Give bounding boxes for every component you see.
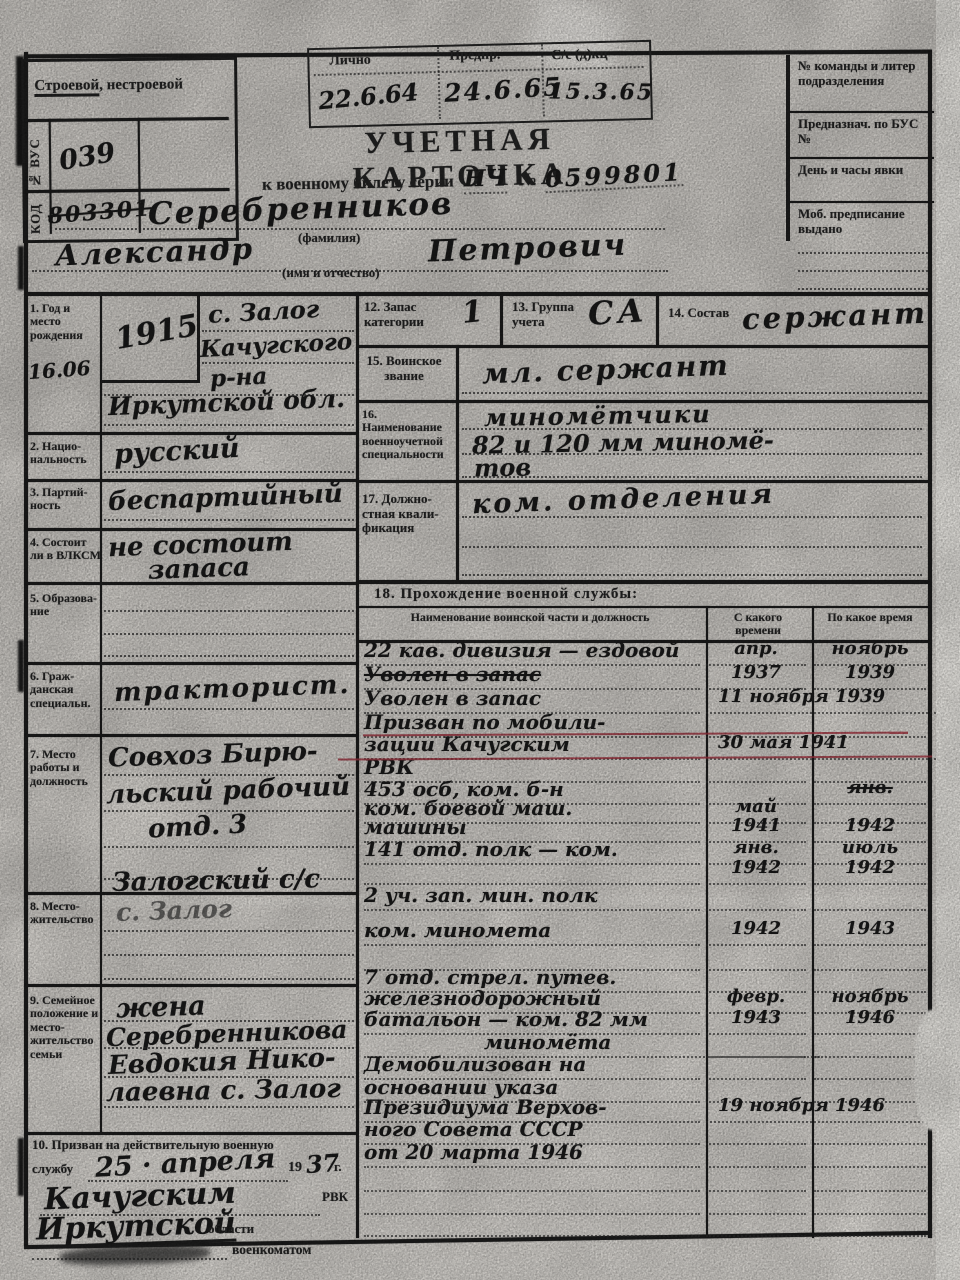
combat-category-underlined: Строевой: [34, 77, 99, 97]
field-label: 13. Группа учета: [512, 300, 578, 329]
surname-caption: (фамилия): [298, 231, 360, 246]
service-col2-header: С какого времени: [712, 611, 804, 638]
value-line: [462, 546, 922, 548]
value-line: [104, 471, 354, 473]
cell-divider: [656, 295, 659, 345]
field-label: 17. Должно­стная квали­фикация: [362, 492, 452, 536]
combat-category-label: Строевой, нестроевой: [34, 76, 183, 94]
service-from: 11 ноября 1939: [706, 688, 936, 714]
number-sign: №: [518, 169, 536, 189]
family-line1: жена: [116, 992, 206, 1022]
nationality-value: русский: [113, 435, 240, 469]
service-from: [706, 1211, 806, 1237]
stamp-col2-value: 24.6.65: [444, 74, 564, 106]
work-place-line3: отд. 3: [147, 811, 247, 842]
rank-value: мл. сержант: [482, 352, 731, 389]
reserve-category-value: 1: [460, 297, 484, 329]
scan-smudge: [18, 246, 24, 290]
stamp-col3-label: С/с (д)кц: [551, 47, 608, 64]
service-row: 22 кав. дивизия — ездовойапр.ноябрь: [362, 640, 928, 664]
position-qualification-value: ком. отделения: [472, 481, 776, 519]
field-label: 1. Год и место рождения: [30, 302, 102, 342]
stamp-col1-value: 22.6.64: [317, 80, 419, 113]
service-to: [814, 1142, 926, 1168]
field-label: 5. Обра­зова­ние: [30, 592, 102, 619]
civil-specialty-value: тракторист.: [114, 672, 351, 706]
call-up-oblast: Иркутской: [35, 1209, 236, 1249]
code-value: 803301: [47, 197, 152, 227]
value-line: [104, 519, 354, 521]
stamp-divider: [437, 47, 441, 119]
birth-year: 1915: [113, 311, 200, 355]
service-to: [814, 885, 926, 911]
composition-value: сержант: [742, 299, 929, 334]
service-row: [362, 1211, 928, 1235]
birth-year-cell: 1915: [101, 296, 200, 383]
mob-rule: [790, 111, 934, 113]
value-line: [104, 930, 354, 932]
field-label: 4. Состоит ли в ВЛКСМ: [30, 536, 102, 563]
mob-cell-2: Предназнач. по БУС №: [798, 117, 926, 146]
combat-category-rest: , нестроевой: [99, 76, 183, 93]
service-entry: [364, 1211, 700, 1237]
code-side-label: КОД: [28, 194, 43, 234]
date-stamp-box: Лично Предпр. С/с (д)кц 22.6.64 24.6.65 …: [307, 40, 653, 128]
service-to: 1942: [814, 859, 926, 885]
ticket-number: 0599801: [544, 160, 683, 193]
service-entry: 2 уч. зап. мин. полк: [364, 885, 700, 911]
mob-rule: [790, 157, 934, 159]
name-caption: (имя и отчество): [282, 266, 380, 281]
service-row: зации Качугским30 мая 1941: [362, 734, 928, 758]
column-divider: [356, 292, 359, 1238]
row-rule: [359, 345, 930, 348]
field-label: 12. Запас категории: [364, 300, 440, 329]
village-soviet-note: Залогский с/с: [112, 866, 320, 896]
field10-year-pre: 19: [288, 1160, 302, 1176]
work-place-line1: Совхоз Бирю-: [108, 738, 319, 771]
field-label: 3. Партий­ность: [30, 486, 102, 513]
scan-smudge: [18, 640, 24, 692]
service-row: [362, 1189, 928, 1213]
mob-rule: [790, 201, 934, 203]
field10-oblast-label: области: [208, 1222, 254, 1237]
stamp-col3-value: 15.3.65: [548, 80, 654, 103]
row-rule: [26, 984, 356, 987]
service-from: 1942: [706, 920, 806, 946]
mob-cell-3: День и часы явки: [798, 163, 926, 178]
torn-edge-patch: [914, 1010, 952, 1130]
field-label: 14. Состав: [668, 306, 729, 321]
birth-place-line4: Иркутской обл.: [108, 386, 346, 419]
value-line: [32, 1258, 227, 1260]
scan-smudge: [18, 1138, 24, 1196]
value-line: [104, 424, 354, 426]
vus-value: 039: [57, 139, 117, 175]
mob-cell-1: № команды и литер подразделения: [798, 59, 926, 88]
value-line: [462, 476, 922, 478]
value-line: [104, 978, 354, 980]
service-to: [814, 1211, 926, 1237]
mob-cont-line: [798, 288, 928, 290]
service-row: Уволен в запас11 ноября 1939: [362, 688, 928, 712]
service-row: от 20 марта 1946: [362, 1142, 928, 1166]
surname-value: Серебренников: [148, 189, 454, 231]
value-line: [462, 574, 922, 576]
first-name-value: Александр: [55, 235, 255, 271]
table-rule: [359, 606, 930, 608]
field-label: 8. Место­житель­ство: [30, 900, 102, 927]
field10-rvk-label: РВК: [322, 1190, 348, 1205]
service-entry: от 20 марта 1946: [364, 1142, 700, 1168]
row-rule: [26, 1132, 356, 1135]
field10-word: службу: [32, 1162, 73, 1177]
box-rule: [25, 188, 229, 193]
field10-g: г.: [334, 1160, 342, 1175]
field-label: 16. Наименование военно­учетной спе­циал…: [362, 408, 452, 462]
service-from: 1942: [706, 859, 806, 885]
service-col3-header: По какое время: [818, 611, 922, 624]
vus-side-label: № ВУС: [28, 124, 43, 188]
service-col1-header: Наименование воинской части и должность: [400, 611, 660, 624]
birth-place-line2: Качугского: [200, 330, 353, 361]
service-entry: ком. миномета: [364, 920, 700, 946]
party-value: беспартийный: [108, 481, 343, 515]
field-label: 9. Семей­ное поло­жение и место­жительст…: [30, 994, 102, 1061]
patronymic-value: Петрович: [428, 231, 628, 268]
value-line: [104, 610, 354, 612]
komsomol-value2: запаса: [148, 554, 251, 584]
mob-cont-line: [798, 252, 928, 254]
field-label: 7. Место работы и должность: [30, 748, 102, 788]
value-line: [462, 392, 922, 394]
service-from: [706, 885, 806, 911]
value-line: [104, 846, 354, 848]
value-line: [104, 633, 354, 635]
field10-vk-label: военкоматом: [232, 1242, 311, 1257]
field-label: 15. Воинское звание: [364, 354, 444, 383]
service-row: 2 уч. зап. мин. полк: [362, 885, 928, 909]
mob-cont-line: [798, 270, 928, 272]
residence-value: с. Залог: [116, 896, 233, 925]
section-rule: [359, 580, 930, 584]
birth-place-line1: с. Залог: [207, 297, 319, 327]
service-entry: [364, 859, 700, 885]
service-row: Уволен в запас19371939: [362, 664, 928, 688]
box-rule: [25, 117, 229, 122]
service-to: 1943: [814, 920, 926, 946]
call-up-date: 25 · апреля: [94, 1145, 275, 1181]
cell-divider: [500, 295, 503, 345]
service-section-title: 18. Прохождение военной службы:: [374, 586, 638, 603]
service-row: 19421942: [362, 859, 928, 883]
group-value: СА: [587, 294, 649, 330]
service-row: [362, 1166, 928, 1190]
birth-date: 16.06: [27, 358, 91, 382]
value-line: [104, 954, 354, 956]
field-label: 6. Граж­данская специальн.: [30, 670, 102, 710]
value-line: [104, 394, 354, 396]
value-line: [462, 453, 922, 455]
value-line: [104, 708, 354, 710]
work-place-line2: льский рабочий: [106, 774, 351, 809]
field-label: 2. Нацио­нальность: [30, 440, 102, 467]
stamp-col2-label: Предпр.: [449, 47, 501, 64]
label-divider: [456, 345, 459, 580]
service-row: батальон — ком. 82 мм19431946: [362, 1009, 928, 1033]
row-rule: [26, 662, 356, 665]
mobilization-box: № команды и литер подразделения Предназн…: [786, 55, 934, 241]
mos-line1: миномётчики: [484, 402, 712, 430]
scanned-military-card: Строевой, нестроевой № ВУС КОД 039 80330…: [0, 0, 960, 1280]
ticket-series: НЧ: [464, 165, 507, 195]
mob-cell-4: Моб. предписание выдано: [798, 207, 926, 236]
value-line: [462, 516, 922, 518]
service-from: [706, 1142, 806, 1168]
stamp-col1-label: Лично: [329, 53, 371, 70]
service-row: ком. миномета19421943: [362, 920, 928, 944]
value-line: [104, 655, 354, 657]
family-line4: лаевна с. Залог: [106, 1076, 341, 1106]
value-line: [104, 1106, 354, 1108]
